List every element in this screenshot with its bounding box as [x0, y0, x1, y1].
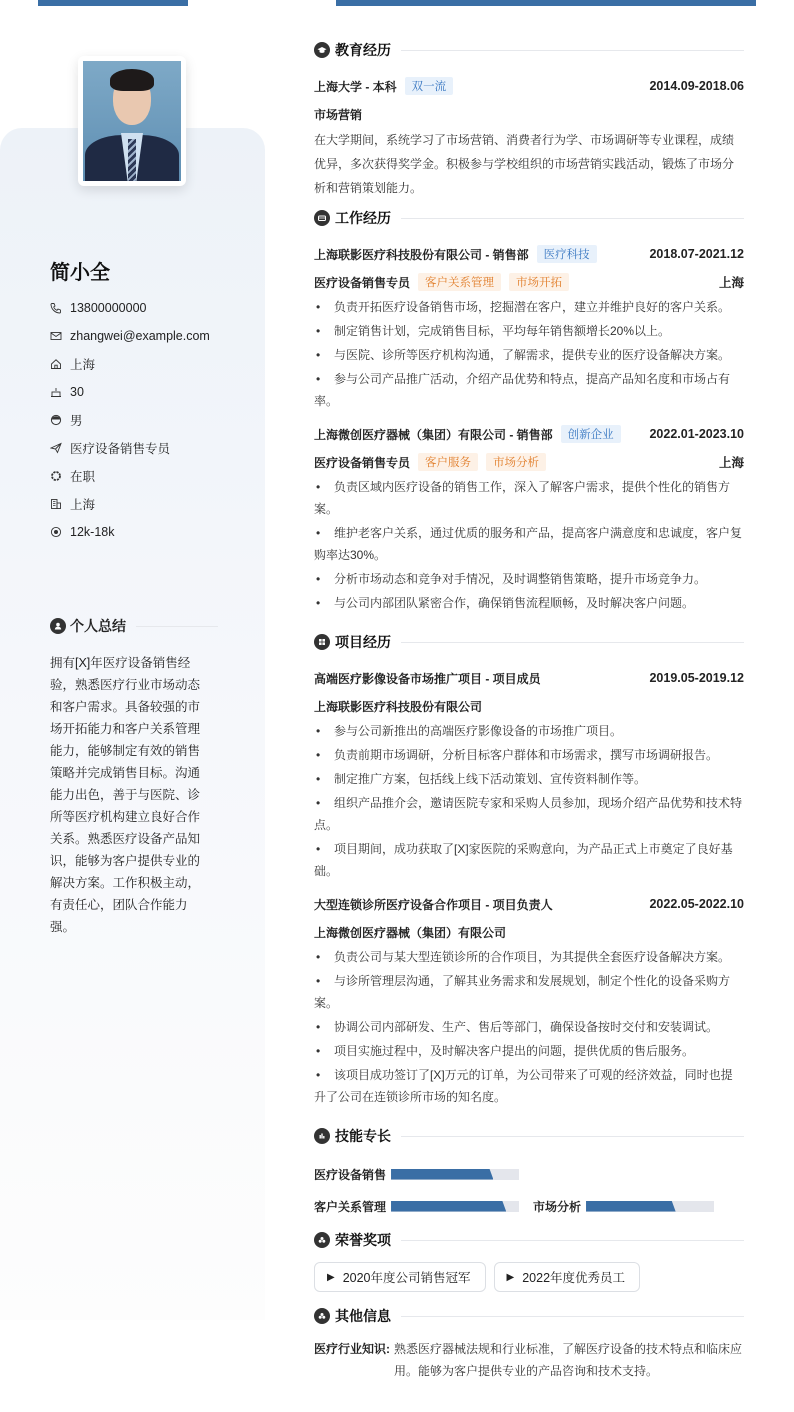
skill-bar: [586, 1201, 714, 1212]
play-icon: ▶: [327, 1272, 335, 1283]
skill-bar: [391, 1169, 519, 1180]
salary-icon: [50, 526, 62, 538]
award-item: ▶2022年度优秀员工: [494, 1262, 641, 1292]
project-name: 高端医疗影像设备市场推广项目 - 项目成员: [314, 670, 541, 687]
projects-title: 项目经历: [335, 632, 391, 652]
bullet-item: 负责开拓医疗设备销售市场，挖掘潜在客户，建立并维护良好的客户关系。: [314, 296, 744, 318]
user-icon: [50, 618, 66, 634]
work-item: 上海微创医疗器械（集团）有限公司 - 销售部创新企业 2022.01-2023.…: [314, 420, 744, 614]
info-status: 在职: [50, 462, 210, 490]
other-header: 其他信息: [314, 1304, 744, 1328]
work-title: 工作经历: [335, 208, 391, 228]
school-name: 上海大学 - 本科: [314, 78, 397, 95]
status-icon: [50, 470, 62, 482]
bullet-item: 与诊所管理层沟通，了解其业务需求和发展规划，制定个性化的设备采购方案。: [314, 970, 744, 1014]
skill-item: 医疗设备销售: [314, 1158, 519, 1190]
skill-item: 客户关系管理: [314, 1190, 519, 1222]
project-company: 上海微创医疗器械（集团）有限公司: [314, 924, 506, 941]
bar-chart-icon: [314, 1128, 330, 1144]
summary-text: 拥有[X]年医疗设备销售经验，熟悉医疗行业市场动态和客户需求。具备较强的市场开拓…: [50, 652, 210, 938]
project-date: 2022.05-2022.10: [649, 897, 744, 911]
skill-tag: 市场开拓: [509, 273, 569, 291]
education-date: 2014.09-2018.06: [649, 79, 744, 93]
info-age: 30: [50, 378, 210, 406]
education-row: 上海大学 - 本科双一流 2014.09-2018.06: [314, 72, 744, 100]
position: 医疗设备销售专员: [314, 274, 410, 291]
awards-list: ▶2020年度公司销售冠军 ▶2022年度优秀员工: [314, 1262, 744, 1292]
project-date: 2019.05-2019.12: [649, 671, 744, 685]
mail-icon: [50, 330, 62, 342]
grid-icon: [314, 634, 330, 650]
send-icon: [50, 442, 62, 454]
skill-tag: 客户关系管理: [418, 273, 501, 291]
awards-title: 荣誉奖项: [335, 1230, 391, 1250]
divider: [401, 218, 744, 219]
avatar: [78, 56, 186, 186]
bullet-item: 参与公司新推出的高端医疗影像设备的市场推广项目。: [314, 720, 744, 742]
divider: [136, 626, 218, 627]
skill-tag: 客户服务: [418, 453, 478, 471]
other-label: 医疗行业知识:: [314, 1338, 390, 1382]
other-text: 熟悉医疗器械法规和行业标准，了解医疗设备的技术特点和临床应用。能够为客户提供专业…: [394, 1338, 744, 1382]
bullet-item: 与医院、诊所等医疗机构沟通，了解需求，提供专业的医疗设备解决方案。: [314, 344, 744, 366]
work-date: 2022.01-2023.10: [649, 427, 744, 441]
education-desc: 在大学期间，系统学习了市场营销、消费者行为学、市场调研等专业课程，成绩优异，多次…: [314, 128, 744, 200]
company-tag: 创新企业: [561, 425, 621, 443]
bullet-item: 负责公司与某大型连锁诊所的合作项目，为其提供全套医疗设备解决方案。: [314, 946, 744, 968]
summary-header: 个人总结: [50, 616, 218, 636]
bullet-item: 维护老客户关系，通过优质的服务和产品，提高客户满意度和忠诚度，客户复购率达30%…: [314, 522, 744, 566]
work-city: 上海: [719, 453, 744, 471]
bullet-item: 负责前期市场调研，分析目标客户群体和市场需求，撰写市场调研报告。: [314, 744, 744, 766]
work-bullets: 负责区域内医疗设备的销售工作，深入了解客户需求，提供个性化的销售方案。 维护老客…: [314, 476, 744, 614]
info-work-city: 上海: [50, 490, 210, 518]
divider: [401, 1240, 744, 1241]
gender-icon: [50, 414, 62, 426]
bullet-item: 分析市场动态和竞争对手情况，及时调整销售策略，提升市场竞争力。: [314, 568, 744, 590]
other-info: 医疗行业知识: 熟悉医疗器械法规和行业标准，了解医疗设备的技术特点和临床应用。能…: [314, 1338, 744, 1382]
bullet-item: 参与公司产品推广活动，介绍产品优势和特点，提高产品知名度和市场占有率。: [314, 368, 744, 412]
award-item: ▶2020年度公司销售冠军: [314, 1262, 486, 1292]
skills-header: 技能专长: [314, 1124, 744, 1148]
bullet-item: 负责区域内医疗设备的销售工作，深入了解客户需求，提供个性化的销售方案。: [314, 476, 744, 520]
info-position: 医疗设备销售专员: [50, 434, 210, 462]
building-icon: [50, 498, 62, 510]
bullet-item: 与公司内部团队紧密合作，确保销售流程顺畅，及时解决客户问题。: [314, 592, 744, 614]
position: 医疗设备销售专员: [314, 454, 410, 471]
top-accent-bar-right: [336, 0, 756, 6]
company-name: 上海联影医疗科技股份有限公司 - 销售部: [314, 246, 529, 263]
cake-icon: [50, 386, 62, 398]
work-header: 工作经历: [314, 206, 744, 230]
project-name: 大型连锁诊所医疗设备合作项目 - 项目负责人: [314, 896, 553, 913]
phone-icon: [50, 302, 62, 314]
home-icon: [50, 358, 62, 370]
skills-list: 医疗设备销售 客户关系管理 市场分析: [314, 1158, 744, 1222]
project-bullets: 参与公司新推出的高端医疗影像设备的市场推广项目。 负责前期市场调研，分析目标客户…: [314, 720, 744, 882]
divider: [401, 642, 744, 643]
work-bullets: 负责开拓医疗设备销售市场，挖掘潜在客户，建立并维护良好的客户关系。 制定销售计划…: [314, 296, 744, 412]
project-bullets: 负责公司与某大型连锁诊所的合作项目，为其提供全套医疗设备解决方案。 与诊所管理层…: [314, 946, 744, 1108]
company-name: 上海微创医疗器械（集团）有限公司 - 销售部: [314, 426, 553, 443]
other-title: 其他信息: [335, 1306, 391, 1326]
projects-header: 项目经历: [314, 630, 744, 654]
graduation-cap-icon: [314, 42, 330, 58]
bullet-item: 该项目成功签订了[X]万元的订单，为公司带来了可观的经济效益，同时也提升了公司在…: [314, 1064, 744, 1108]
work-date: 2018.07-2021.12: [649, 247, 744, 261]
info-city: 上海: [50, 350, 210, 378]
skill-tag: 市场分析: [486, 453, 546, 471]
divider: [401, 1136, 744, 1137]
work-city: 上海: [719, 273, 744, 291]
info-salary: 12k-18k: [50, 518, 210, 546]
bullet-item: 制定销售计划，完成销售目标，平均每年销售额增长20%以上。: [314, 320, 744, 342]
work-item: 上海联影医疗科技股份有限公司 - 销售部医疗科技 2018.07-2021.12…: [314, 240, 744, 412]
bullet-item: 协调公司内部研发、生产、售后等部门，确保设备按时交付和安装调试。: [314, 1016, 744, 1038]
divider: [401, 1316, 744, 1317]
briefcase-icon: [314, 210, 330, 226]
school-tag: 双一流: [405, 77, 454, 95]
project-company: 上海联影医疗科技股份有限公司: [314, 698, 482, 715]
major: 市场营销: [314, 106, 362, 123]
skill-bar: [391, 1201, 519, 1212]
contact-info-list: 13800000000 zhangwei@example.com 上海 30 男…: [50, 294, 210, 546]
main-content: 教育经历 上海大学 - 本科双一流 2014.09-2018.06 市场营销 在…: [314, 38, 744, 1382]
education-header: 教育经历: [314, 38, 744, 62]
bullet-item: 项目实施过程中，及时解决客户提出的问题，提供优质的售后服务。: [314, 1040, 744, 1062]
info-icon: [314, 1308, 330, 1324]
info-email: zhangwei@example.com: [50, 322, 210, 350]
bullet-item: 组织产品推介会，邀请医院专家和采购人员参加，现场介绍产品优势和技术特点。: [314, 792, 744, 836]
bullet-item: 制定推广方案，包括线上线下活动策划、宣传资料制作等。: [314, 768, 744, 790]
project-item: 高端医疗影像设备市场推广项目 - 项目成员 2019.05-2019.12 上海…: [314, 664, 744, 882]
company-tag: 医疗科技: [537, 245, 597, 263]
info-phone: 13800000000: [50, 294, 210, 322]
profile-name: 简小全: [50, 256, 110, 285]
bullet-item: 项目期间，成功获取了[X]家医院的采购意向，为产品正式上市奠定了良好基础。: [314, 838, 744, 882]
profile-photo: [83, 61, 181, 181]
play-icon: ▶: [507, 1272, 515, 1283]
award-icon: [314, 1232, 330, 1248]
top-accent-bar-left: [38, 0, 188, 6]
info-gender: 男: [50, 406, 210, 434]
summary-title: 个人总结: [70, 616, 126, 636]
awards-header: 荣誉奖项: [314, 1228, 744, 1252]
divider: [401, 50, 744, 51]
major-row: 市场营销: [314, 100, 744, 128]
skills-title: 技能专长: [335, 1126, 391, 1146]
skill-item: 市场分析: [533, 1190, 714, 1222]
education-title: 教育经历: [335, 40, 391, 60]
project-item: 大型连锁诊所医疗设备合作项目 - 项目负责人 2022.05-2022.10 上…: [314, 890, 744, 1108]
